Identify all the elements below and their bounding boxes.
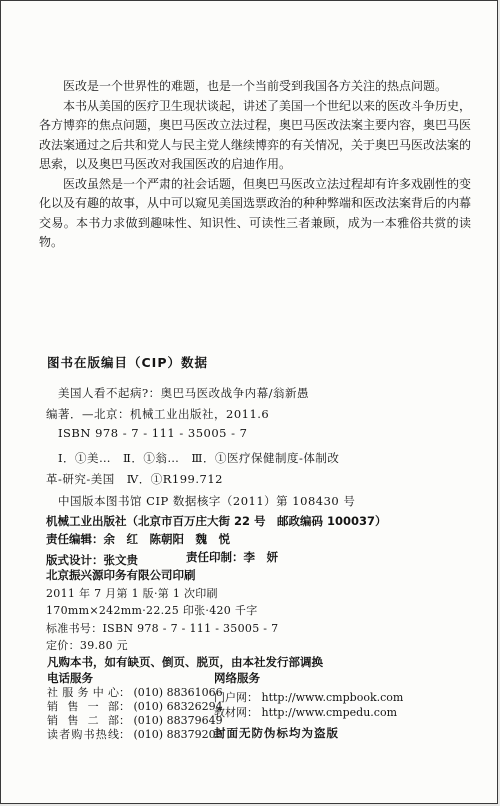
net-url: http://www.cmpbook.com xyxy=(262,691,404,704)
net-url: http://www.cmpedu.com xyxy=(262,706,398,719)
cip-classification-line-1: Ⅰ．①美… Ⅱ．①翁… Ⅲ．①医疗保健制度-体制改 xyxy=(58,450,339,466)
print-supervisor: 责任印制：李 妍 xyxy=(186,549,278,565)
standard-book-number-line: 标准书号：ISBN 978 - 7 - 111 - 35005 - 7 xyxy=(46,620,278,636)
intro-paragraph-1: 医改是一个世界性的难题，也是一个当前受到我国各方关注的热点问题。 xyxy=(39,77,471,97)
colon: ： xyxy=(119,728,130,741)
book-copyright-page: 医改是一个世界性的难题，也是一个当前受到我国各方关注的热点问题。 本书从美国的医… xyxy=(0,0,498,804)
cip-isbn-line: ISBN 978 - 7 - 111 - 35005 - 7 xyxy=(58,426,248,440)
cip-classification-line-2: 革-研究-美国 Ⅳ．①R199.712 xyxy=(46,471,223,487)
design-print-line: 版式设计：张文贵 责任印制：李 妍 xyxy=(46,549,138,568)
intro-paragraph-3: 医改虽然是一个严肃的社会话题，但奥巴马医改立法过程却有许多戏剧性的变化以及有趣的… xyxy=(39,175,471,253)
cip-publisher-line: 编著．—北京：机械工业出版社，2011.6 xyxy=(46,406,269,422)
cip-title-line: 美国人看不起病?：奥巴马医改战争内幕/翁新愚 xyxy=(58,385,309,401)
net-row-textbook: 教材网： http://www.cmpedu.com xyxy=(214,704,397,720)
net-row-portal: 门户网： http://www.cmpbook.com xyxy=(214,689,403,705)
format-line: 170mm×242mm·22.25 印张·420 千字 xyxy=(46,602,258,618)
responsible-editors-line: 责任编辑：余 红 陈朝阳 魏 悦 xyxy=(46,531,230,547)
edition-line: 2011 年 7 月第 1 版·第 1 次印刷 xyxy=(46,585,218,601)
publisher-address-line: 机械工业出版社（北京市百万庄大街 22 号 邮政编码 100037） xyxy=(46,513,387,529)
layout-designer: 版式设计：张文贵 xyxy=(46,553,138,567)
tel-label: 读者购书热线 xyxy=(47,726,119,742)
tel-row-reader-hotline: 读者购书热线： (010) 88379203 xyxy=(47,726,223,742)
cip-heading: 图书在版编目（CIP）数据 xyxy=(47,353,208,371)
colon: ： xyxy=(247,691,258,704)
cip-record-line: 中国版本图书馆 CIP 数据核字（2011）第 108430 号 xyxy=(58,493,355,509)
colon: ： xyxy=(247,706,258,719)
net-label: 教材网 xyxy=(214,706,247,719)
tel-number: (010) 88379203 xyxy=(134,728,223,741)
net-label: 门户网 xyxy=(214,691,247,704)
intro-paragraphs: 医改是一个世界性的难题，也是一个当前受到我国各方关注的热点问题。 本书从美国的医… xyxy=(39,77,471,253)
replacement-notice: 凡购本书，如有缺页、倒页、脱页，由本社发行部调换 xyxy=(47,654,323,670)
intro-paragraph-2: 本书从美国的医疗卫生现状谈起，讲述了美国一个世纪以来的医改斗争历史，各方博弈的焦… xyxy=(39,97,471,175)
anti-piracy-notice: 封面无防伪标均为盗版 xyxy=(214,725,339,741)
printer-line: 北京振兴源印务有限公司印刷 xyxy=(46,567,196,583)
price-line: 定价：39.80 元 xyxy=(46,637,128,653)
